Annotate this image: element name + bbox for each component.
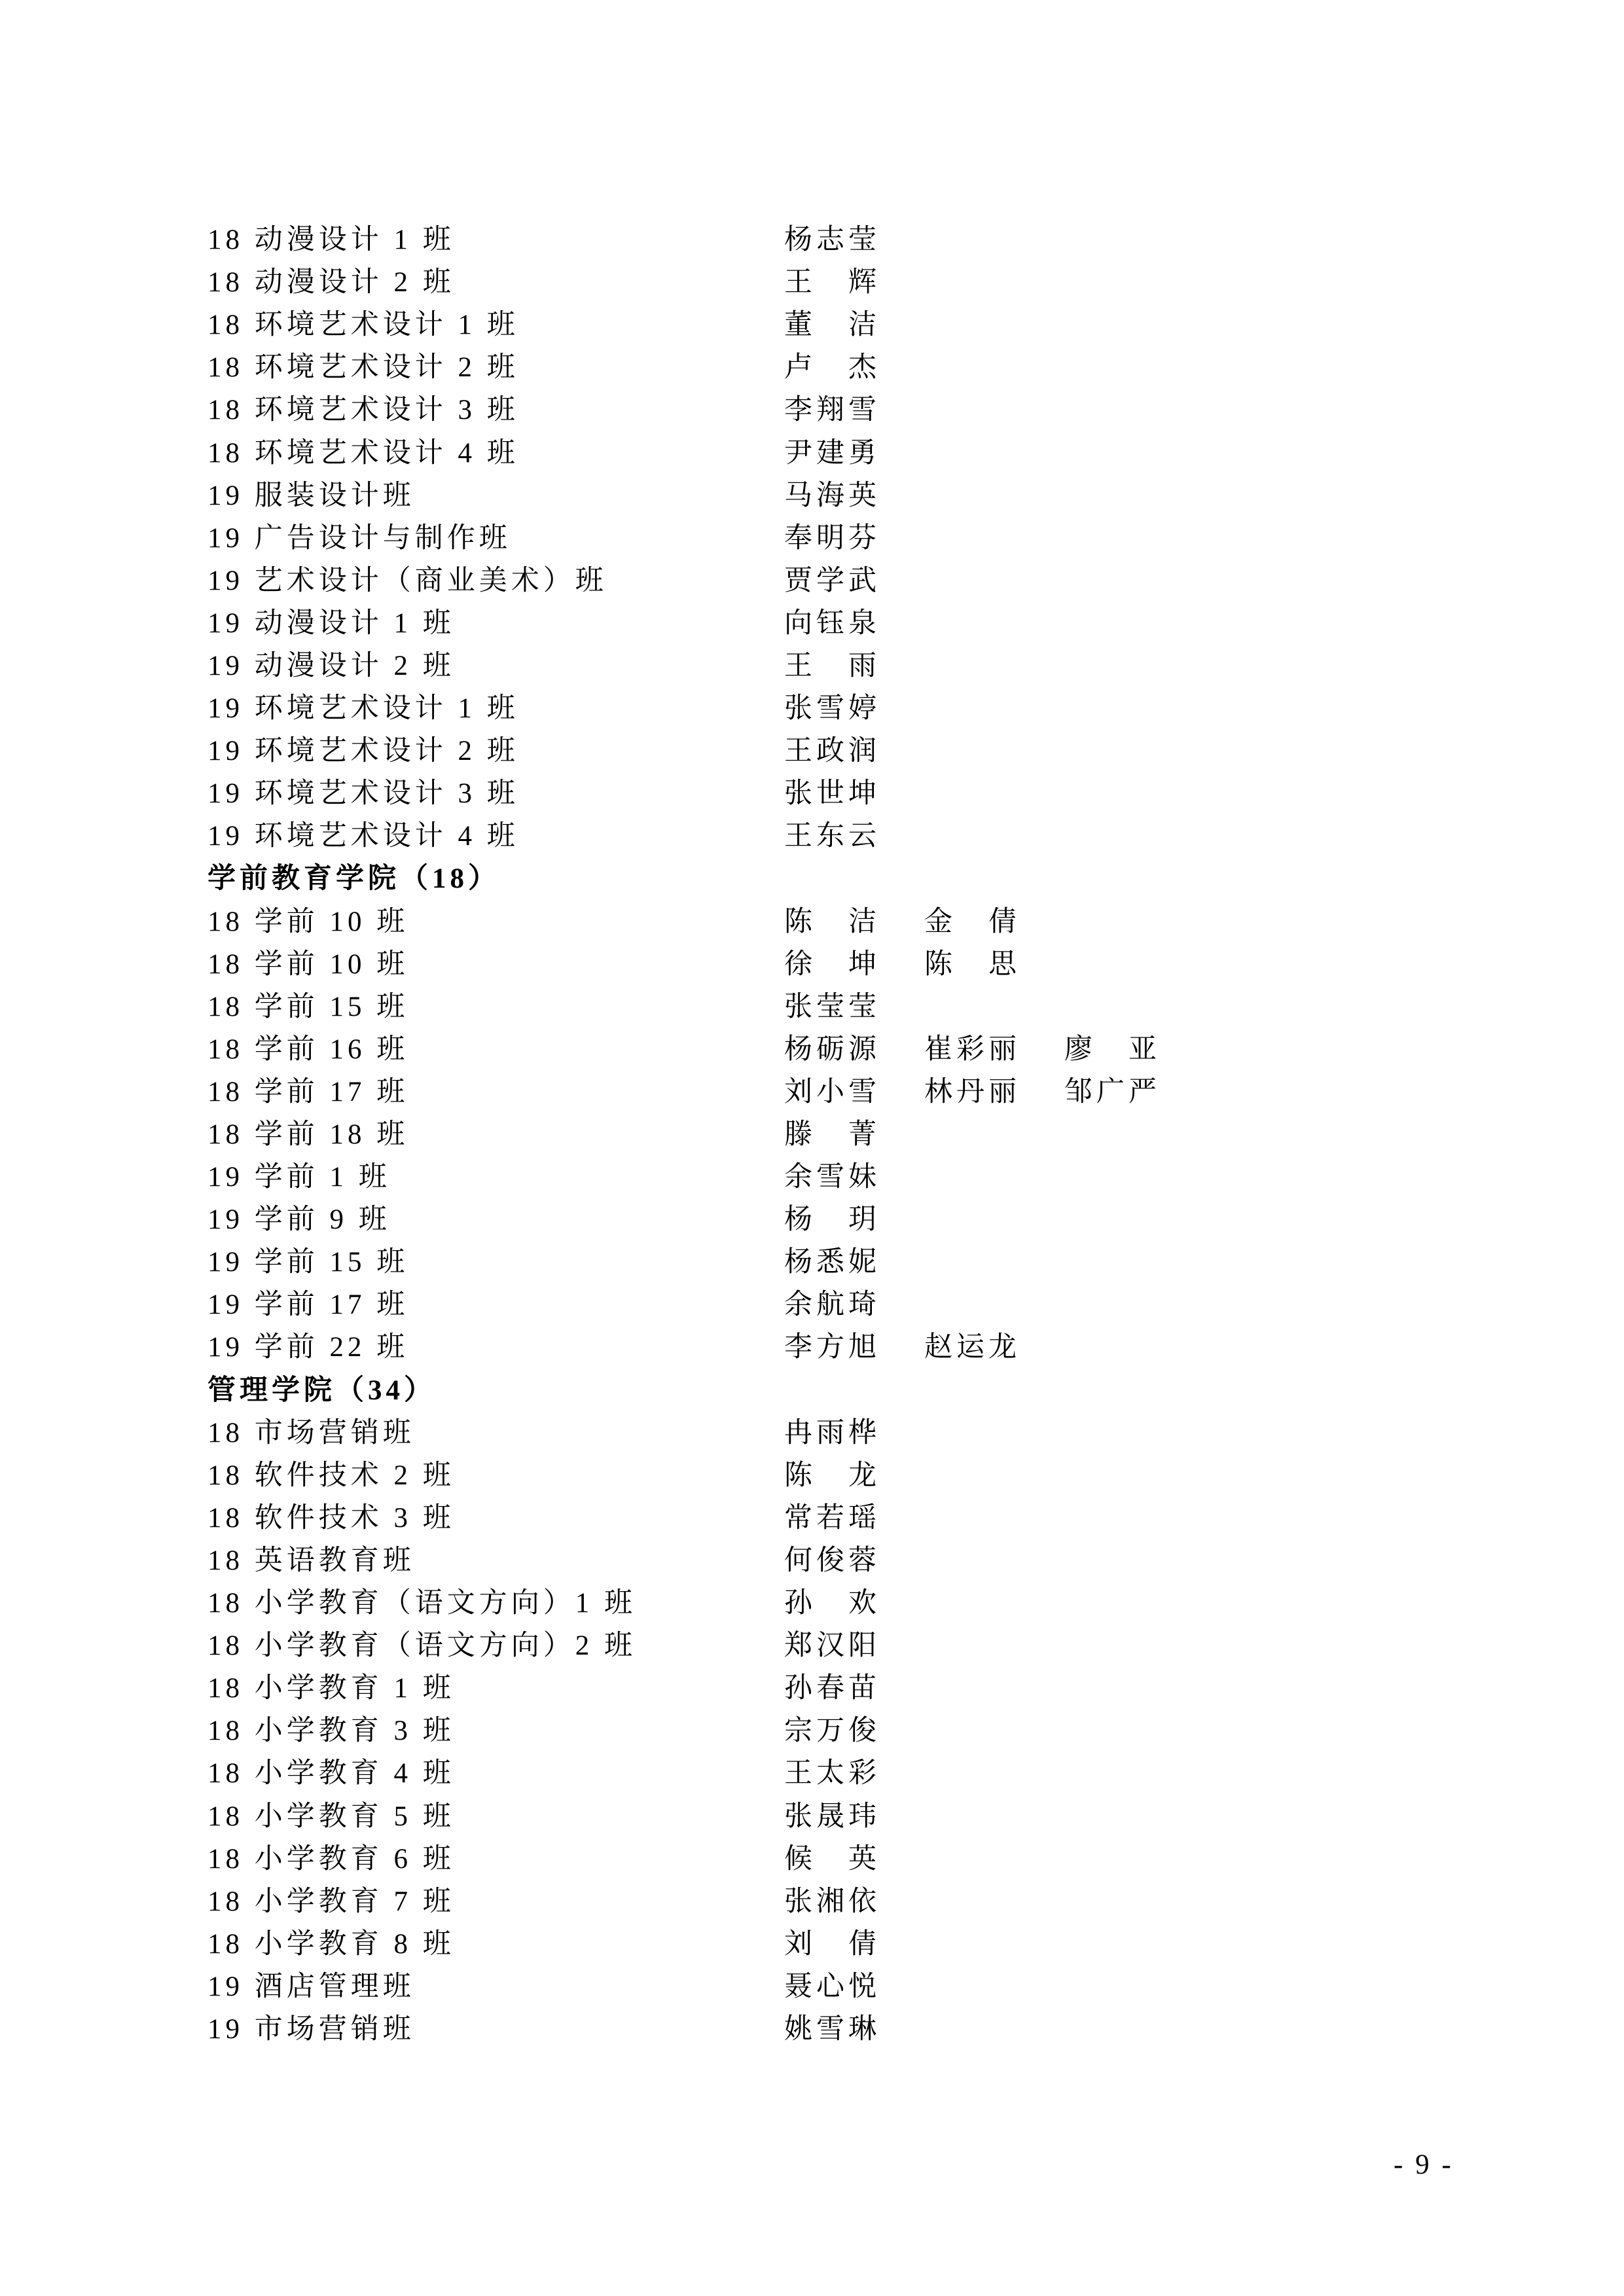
advisor-name: 郑汉阳 xyxy=(784,1623,881,1663)
advisor-name: 陈 洁 xyxy=(784,899,881,939)
advisor-name: 卢 杰 xyxy=(784,345,881,385)
class-row: 18 环境艺术设计 1 班 董 洁 xyxy=(208,301,1490,344)
advisor-name: 候 英 xyxy=(784,1837,881,1876)
class-row: 19 环境艺术设计 4 班 王东云 xyxy=(208,812,1490,855)
advisor-name: 何俊蓉 xyxy=(784,1538,881,1578)
class-row: 19 动漫设计 1 班 向钰泉 xyxy=(208,600,1490,642)
class-name: 18 软件技术 3 班 xyxy=(208,1496,784,1535)
advisor-name: 聂心悦 xyxy=(784,1964,881,2004)
advisor-name: 向钰泉 xyxy=(784,601,881,641)
class-row: 18 小学教育 7 班 张湘依 xyxy=(208,1878,1490,1920)
class-row: 18 学前 10 班 陈 洁金 倩 xyxy=(208,898,1490,941)
advisor-names: 卢 杰 xyxy=(784,345,924,385)
advisor-name: 张湘依 xyxy=(784,1879,881,1919)
class-name: 18 学前 10 班 xyxy=(208,899,784,939)
advisor-names: 李方旭赵运龙 xyxy=(784,1325,1064,1365)
class-row: 18 英语教育班 何俊蓉 xyxy=(208,1537,1490,1579)
advisor-names: 陈 洁金 倩 xyxy=(784,899,1064,939)
advisor-names: 宗万俊 xyxy=(784,1708,924,1748)
advisor-name: 姚雪琳 xyxy=(784,2007,881,2047)
class-name: 18 学前 16 班 xyxy=(208,1027,784,1067)
class-row: 19 酒店管理班 聂心悦 xyxy=(208,1963,1490,2005)
class-row: 18 学前 17 班 刘小雪林丹丽邹广严 xyxy=(208,1068,1490,1111)
advisor-name: 王 雨 xyxy=(784,643,881,683)
advisor-names: 贾学武 xyxy=(784,558,924,598)
class-name: 18 软件技术 2 班 xyxy=(208,1453,784,1493)
advisor-names: 刘 倩 xyxy=(784,1922,924,1962)
class-row: 18 小学教育 3 班 宗万俊 xyxy=(208,1707,1490,1749)
advisor-name: 李翔雪 xyxy=(784,387,881,427)
class-row: 18 小学教育 4 班 王太彩 xyxy=(208,1749,1490,1792)
class-row: 19 动漫设计 2 班 王 雨 xyxy=(208,642,1490,685)
class-row: 19 环境艺术设计 2 班 王政润 xyxy=(208,727,1490,770)
advisor-name: 张莹莹 xyxy=(784,984,881,1024)
advisor-name: 李方旭 xyxy=(784,1325,881,1365)
class-name: 18 小学教育 7 班 xyxy=(208,1879,784,1919)
class-name: 18 环境艺术设计 1 班 xyxy=(208,302,784,342)
class-name: 18 小学教育 4 班 xyxy=(208,1751,784,1791)
class-row: 18 小学教育（语文方向）2 班 郑汉阳 xyxy=(208,1622,1490,1664)
advisor-names: 常若瑶 xyxy=(784,1496,924,1535)
class-row: 19 市场营销班 姚雪琳 xyxy=(208,2005,1490,2048)
advisor-names: 余航琦 xyxy=(784,1282,924,1322)
advisor-names: 郑汉阳 xyxy=(784,1623,924,1663)
class-name: 19 酒店管理班 xyxy=(208,1964,784,2004)
class-name: 19 动漫设计 1 班 xyxy=(208,601,784,641)
class-name: 19 服装设计班 xyxy=(208,473,784,513)
class-name: 18 小学教育 1 班 xyxy=(208,1666,784,1706)
advisor-name: 陈 龙 xyxy=(784,1453,881,1493)
advisor-names: 陈 龙 xyxy=(784,1453,924,1493)
advisor-name: 宗万俊 xyxy=(784,1708,881,1748)
class-row: 18 小学教育 1 班 孙春苗 xyxy=(208,1664,1490,1707)
class-row: 18 环境艺术设计 2 班 卢 杰 xyxy=(208,344,1490,386)
page-number: - 9 - xyxy=(1394,2149,1454,2180)
class-row: 19 广告设计与制作班 奉明芬 xyxy=(208,514,1490,557)
advisor-names: 王政润 xyxy=(784,728,924,768)
advisor-name: 杨砺源 xyxy=(784,1027,881,1067)
advisor-name: 孙春苗 xyxy=(784,1666,881,1706)
class-name: 19 环境艺术设计 4 班 xyxy=(208,814,784,853)
class-row: 18 学前 15 班 张莹莹 xyxy=(208,983,1490,1026)
class-name: 19 学前 15 班 xyxy=(208,1240,784,1280)
advisor-name: 崔彩丽 xyxy=(924,1027,1021,1067)
advisor-names: 冉雨桦 xyxy=(784,1410,924,1450)
class-row: 18 学前 10 班 徐 坤陈 思 xyxy=(208,941,1490,983)
class-row: 18 环境艺术设计 3 班 李翔雪 xyxy=(208,386,1490,429)
class-name: 18 小学教育 8 班 xyxy=(208,1922,784,1962)
advisor-names: 徐 坤陈 思 xyxy=(784,942,1064,982)
class-name: 18 学前 18 班 xyxy=(208,1112,784,1152)
class-row: 18 小学教育 5 班 张晟玮 xyxy=(208,1792,1490,1835)
page-footer: - 9 - xyxy=(1355,2117,1454,2213)
class-name: 18 小学教育（语文方向）2 班 xyxy=(208,1623,784,1663)
advisor-names: 张晟玮 xyxy=(784,1794,924,1834)
class-name: 18 学前 10 班 xyxy=(208,942,784,982)
advisor-name: 邹广严 xyxy=(1064,1069,1161,1109)
advisor-names: 王太彩 xyxy=(784,1751,924,1791)
advisor-names: 张莹莹 xyxy=(784,984,924,1024)
class-name: 18 环境艺术设计 3 班 xyxy=(208,387,784,427)
class-row: 18 环境艺术设计 4 班 尹建勇 xyxy=(208,429,1490,471)
class-name: 18 环境艺术设计 2 班 xyxy=(208,345,784,385)
class-name: 18 英语教育班 xyxy=(208,1538,784,1578)
class-row: 18 软件技术 2 班 陈 龙 xyxy=(208,1452,1490,1494)
class-row: 18 小学教育 8 班 刘 倩 xyxy=(208,1920,1490,1963)
advisor-name: 刘小雪 xyxy=(784,1069,881,1109)
advisor-name: 张世坤 xyxy=(784,771,881,811)
class-row: 19 学前 1 班 余雪妹 xyxy=(208,1153,1490,1196)
class-name: 19 学前 1 班 xyxy=(208,1155,784,1194)
advisor-name: 余雪妹 xyxy=(784,1155,881,1194)
advisor-name: 杨 玥 xyxy=(784,1197,881,1237)
advisor-name: 王 辉 xyxy=(784,260,881,300)
class-row: 19 环境艺术设计 1 班 张雪婷 xyxy=(208,685,1490,727)
class-row: 18 软件技术 3 班 常若瑶 xyxy=(208,1494,1490,1537)
advisor-names: 杨砺源崔彩丽廖 亚 xyxy=(784,1027,1204,1067)
advisor-name: 尹建勇 xyxy=(784,431,881,471)
advisor-name: 杨志莹 xyxy=(784,217,881,257)
class-name: 18 小学教育 6 班 xyxy=(208,1837,784,1876)
class-name: 19 学前 22 班 xyxy=(208,1325,784,1365)
advisor-name: 徐 坤 xyxy=(784,942,881,982)
advisor-name: 张晟玮 xyxy=(784,1794,881,1834)
class-name: 19 环境艺术设计 1 班 xyxy=(208,686,784,726)
class-row: 18 学前 16 班 杨砺源崔彩丽廖 亚 xyxy=(208,1026,1490,1068)
advisor-name: 陈 思 xyxy=(924,942,1021,982)
class-name: 18 小学教育 3 班 xyxy=(208,1708,784,1748)
class-row: 18 市场营销班 冉雨桦 xyxy=(208,1409,1490,1452)
advisor-names: 聂心悦 xyxy=(784,1964,924,2004)
advisor-name: 王太彩 xyxy=(784,1751,881,1791)
advisor-names: 滕 菁 xyxy=(784,1112,924,1152)
class-name: 18 学前 17 班 xyxy=(208,1069,784,1109)
advisor-name: 贾学武 xyxy=(784,558,881,598)
advisor-names: 王 辉 xyxy=(784,260,924,300)
class-name: 19 学前 9 班 xyxy=(208,1197,784,1237)
class-name: 19 动漫设计 2 班 xyxy=(208,643,784,683)
class-name: 19 广告设计与制作班 xyxy=(208,516,784,556)
advisor-names: 孙 欢 xyxy=(784,1581,924,1621)
class-row: 19 环境艺术设计 3 班 张世坤 xyxy=(208,770,1490,812)
class-name: 19 艺术设计（商业美术）班 xyxy=(208,558,784,598)
document-page: 18 动漫设计 1 班 杨志莹 18 动漫设计 2 班 王 辉 18 环境艺术设… xyxy=(0,0,1624,2296)
advisor-names: 何俊蓉 xyxy=(784,1538,924,1578)
advisor-name: 张雪婷 xyxy=(784,686,881,726)
advisor-name: 杨悉妮 xyxy=(784,1240,881,1280)
class-row: 19 学前 22 班 李方旭赵运龙 xyxy=(208,1323,1490,1366)
advisor-names: 杨志莹 xyxy=(784,217,924,257)
class-name: 18 动漫设计 2 班 xyxy=(208,260,784,300)
advisor-names: 孙春苗 xyxy=(784,1666,924,1706)
class-row: 18 动漫设计 1 班 杨志莹 xyxy=(208,216,1490,259)
advisor-names: 张雪婷 xyxy=(784,686,924,726)
advisor-names: 尹建勇 xyxy=(784,431,924,471)
class-name: 18 小学教育（语文方向）1 班 xyxy=(208,1581,784,1621)
class-name: 18 市场营销班 xyxy=(208,1410,784,1450)
advisor-names: 余雪妹 xyxy=(784,1155,924,1194)
class-name: 18 学前 15 班 xyxy=(208,984,784,1024)
class-name: 19 环境艺术设计 2 班 xyxy=(208,728,784,768)
advisor-names: 向钰泉 xyxy=(784,601,924,641)
class-name: 18 动漫设计 1 班 xyxy=(208,217,784,257)
advisor-name: 余航琦 xyxy=(784,1282,881,1322)
advisor-name: 林丹丽 xyxy=(924,1069,1021,1109)
class-row: 18 学前 18 班 滕 菁 xyxy=(208,1111,1490,1153)
advisor-names: 候 英 xyxy=(784,1837,924,1876)
class-row: 19 服装设计班 马海英 xyxy=(208,472,1490,514)
class-name: 18 小学教育 5 班 xyxy=(208,1794,784,1834)
advisor-names: 刘小雪林丹丽邹广严 xyxy=(784,1069,1204,1109)
advisor-names: 董 洁 xyxy=(784,302,924,342)
advisor-names: 张世坤 xyxy=(784,771,924,811)
class-row: 18 小学教育（语文方向）1 班 孙 欢 xyxy=(208,1579,1490,1622)
advisor-name: 王政润 xyxy=(784,728,881,768)
advisor-names: 张湘依 xyxy=(784,1879,924,1919)
advisor-names: 王 雨 xyxy=(784,643,924,683)
advisor-name: 金 倩 xyxy=(924,899,1021,939)
class-name: 19 市场营销班 xyxy=(208,2007,784,2047)
advisor-names: 姚雪琳 xyxy=(784,2007,924,2047)
class-row: 18 动漫设计 2 班 王 辉 xyxy=(208,259,1490,301)
advisor-names: 奉明芬 xyxy=(784,516,924,556)
advisor-name: 董 洁 xyxy=(784,302,881,342)
class-row: 19 学前 9 班 杨 玥 xyxy=(208,1196,1490,1238)
advisor-names: 马海英 xyxy=(784,473,924,513)
class-advisor-list: 18 动漫设计 1 班 杨志莹 18 动漫设计 2 班 王 辉 18 环境艺术设… xyxy=(208,216,1490,2048)
class-row: 18 小学教育 6 班 候 英 xyxy=(208,1835,1490,1878)
advisor-name: 冉雨桦 xyxy=(784,1410,881,1450)
advisor-names: 杨悉妮 xyxy=(784,1240,924,1280)
advisor-name: 马海英 xyxy=(784,473,881,513)
advisor-name: 常若瑶 xyxy=(784,1496,881,1535)
advisor-name: 奉明芬 xyxy=(784,516,881,556)
advisor-name: 廖 亚 xyxy=(1064,1027,1161,1067)
advisor-names: 王东云 xyxy=(784,814,924,853)
section-header: 学前教育学院（18） xyxy=(208,855,1490,897)
class-row: 19 学前 15 班 杨悉妮 xyxy=(208,1238,1490,1281)
advisor-name: 滕 菁 xyxy=(784,1112,881,1152)
class-name: 18 环境艺术设计 4 班 xyxy=(208,431,784,471)
class-name: 19 学前 17 班 xyxy=(208,1282,784,1322)
advisor-name: 孙 欢 xyxy=(784,1581,881,1621)
class-name: 19 环境艺术设计 3 班 xyxy=(208,771,784,811)
advisor-names: 李翔雪 xyxy=(784,387,924,427)
advisor-name: 刘 倩 xyxy=(784,1922,881,1962)
class-row: 19 学前 17 班 余航琦 xyxy=(208,1281,1490,1323)
section-header: 管理学院（34） xyxy=(208,1367,1490,1409)
advisor-names: 杨 玥 xyxy=(784,1197,924,1237)
advisor-name: 赵运龙 xyxy=(924,1325,1021,1365)
class-row: 19 艺术设计（商业美术）班 贾学武 xyxy=(208,557,1490,600)
advisor-name: 王东云 xyxy=(784,814,881,853)
